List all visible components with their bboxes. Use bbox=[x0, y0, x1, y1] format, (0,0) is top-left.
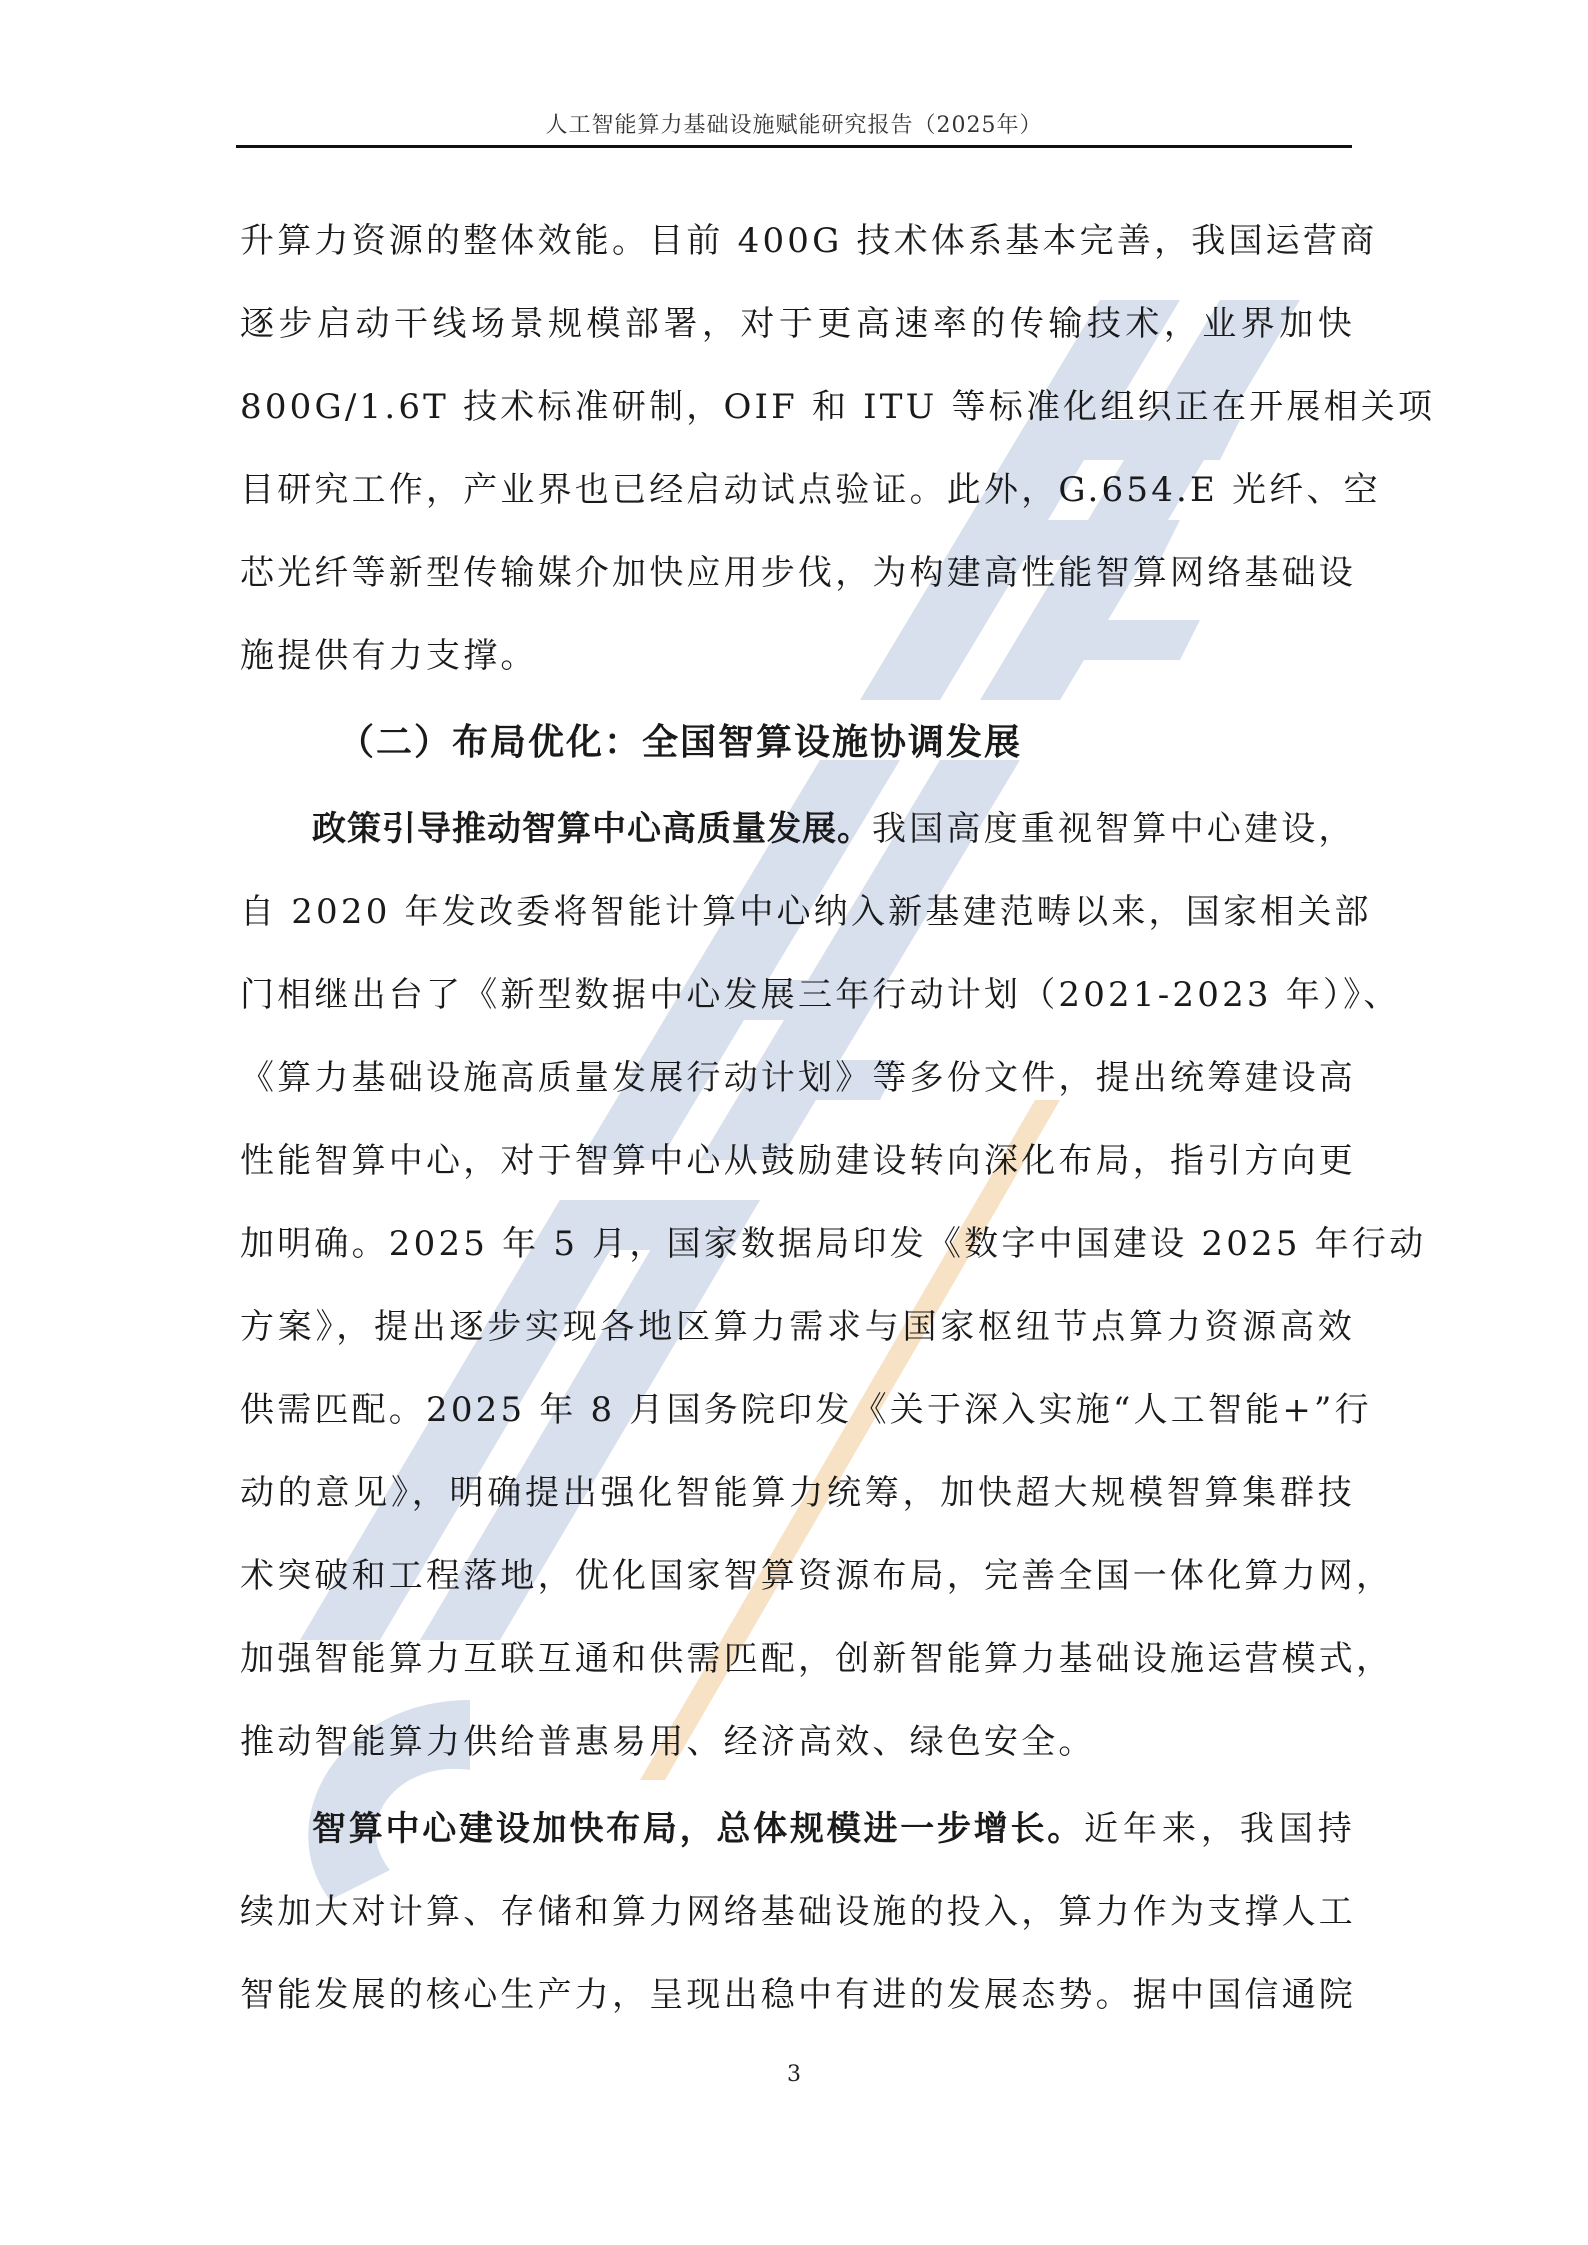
text-line: 加强智能算力互联互通和供需匹配，创新智能算力基础设施运营模式， bbox=[240, 1618, 1355, 1701]
text-line: 方案》，提出逐步实现各地区算力需求与国家枢纽节点算力资源高效 bbox=[240, 1286, 1355, 1369]
text-line: 推动智能算力供给普惠易用、经济高效、绿色安全。 bbox=[240, 1701, 1355, 1784]
text-line-lead: 智算中心建设加快布局，总体规模进一步增长。近年来，我国持 bbox=[240, 1788, 1355, 1871]
page-body: 升算力资源的整体效能。目前 400G 技术体系基本完善，我国运营商 逐步启动干线… bbox=[240, 200, 1355, 2037]
page-number: 3 bbox=[0, 2062, 1588, 2087]
text-line: 目研究工作，产业界也已经启动试点验证。此外，G.654.E 光纤、空 bbox=[240, 449, 1355, 532]
text-line-lead: 政策引导推动智算中心高质量发展。我国高度重视智算中心建设， bbox=[240, 788, 1355, 871]
text-line: 800G/1.6T 技术标准研制，OIF 和 ITU 等标准化组织正在开展相关项 bbox=[240, 366, 1355, 449]
paragraph-policy-guidance: 政策引导推动智算中心高质量发展。我国高度重视智算中心建设， 自 2020 年发改… bbox=[240, 788, 1355, 1784]
text-line: 术突破和工程落地，优化国家智算资源布局，完善全国一体化算力网， bbox=[240, 1535, 1355, 1618]
section-heading: （二）布局优化：全国智算设施协调发展 bbox=[240, 698, 1355, 788]
running-header: 人工智能算力基础设施赋能研究报告（2025年） bbox=[236, 108, 1352, 139]
text-line: 施提供有力支撑。 bbox=[240, 615, 1355, 698]
text-line: 智能发展的核心生产力，呈现出稳中有进的发展态势。据中国信通院 bbox=[240, 1954, 1355, 2037]
header-divider bbox=[236, 145, 1352, 148]
text-run: 近年来，我国持 bbox=[1084, 1809, 1355, 1849]
text-line: 自 2020 年发改委将智能计算中心纳入新基建范畴以来，国家相关部 bbox=[240, 871, 1355, 954]
text-line: 门相继出台了《新型数据中心发展三年行动计划（2021-2023 年）》、 bbox=[240, 954, 1355, 1037]
paragraph-lead-bold: 政策引导推动智算中心高质量发展。 bbox=[312, 809, 872, 849]
paragraph-scale-growth: 智算中心建设加快布局，总体规模进一步增长。近年来，我国持 续加大对计算、存储和算… bbox=[240, 1788, 1355, 2037]
paragraph-optical-transport: 升算力资源的整体效能。目前 400G 技术体系基本完善，我国运营商 逐步启动干线… bbox=[240, 200, 1355, 698]
paragraph-lead-bold: 智算中心建设加快布局，总体规模进一步增长。 bbox=[312, 1809, 1084, 1849]
text-line: 芯光纤等新型传输媒介加快应用步伐，为构建高性能智算网络基础设 bbox=[240, 532, 1355, 615]
text-line: 动的意见》，明确提出强化智能算力统筹，加快超大规模智算集群技 bbox=[240, 1452, 1355, 1535]
text-line: 《算力基础设施高质量发展行动计划》等多份文件，提出统筹建设高 bbox=[240, 1037, 1355, 1120]
text-run: 我国高度重视智算中心建设， bbox=[872, 809, 1356, 849]
text-line: 性能智算中心，对于智算中心从鼓励建设转向深化布局，指引方向更 bbox=[240, 1120, 1355, 1203]
text-line: 逐步启动干线场景规模部署，对于更高速率的传输技术，业界加快 bbox=[240, 283, 1355, 366]
text-line: 升算力资源的整体效能。目前 400G 技术体系基本完善，我国运营商 bbox=[240, 200, 1355, 283]
text-line: 供需匹配。2025 年 8 月国务院印发《关于深入实施“人工智能+”行 bbox=[240, 1369, 1355, 1452]
text-line: 续加大对计算、存储和算力网络基础设施的投入，算力作为支撑人工 bbox=[240, 1871, 1355, 1954]
text-line: 加明确。2025 年 5 月，国家数据局印发《数字中国建设 2025 年行动 bbox=[240, 1203, 1355, 1286]
